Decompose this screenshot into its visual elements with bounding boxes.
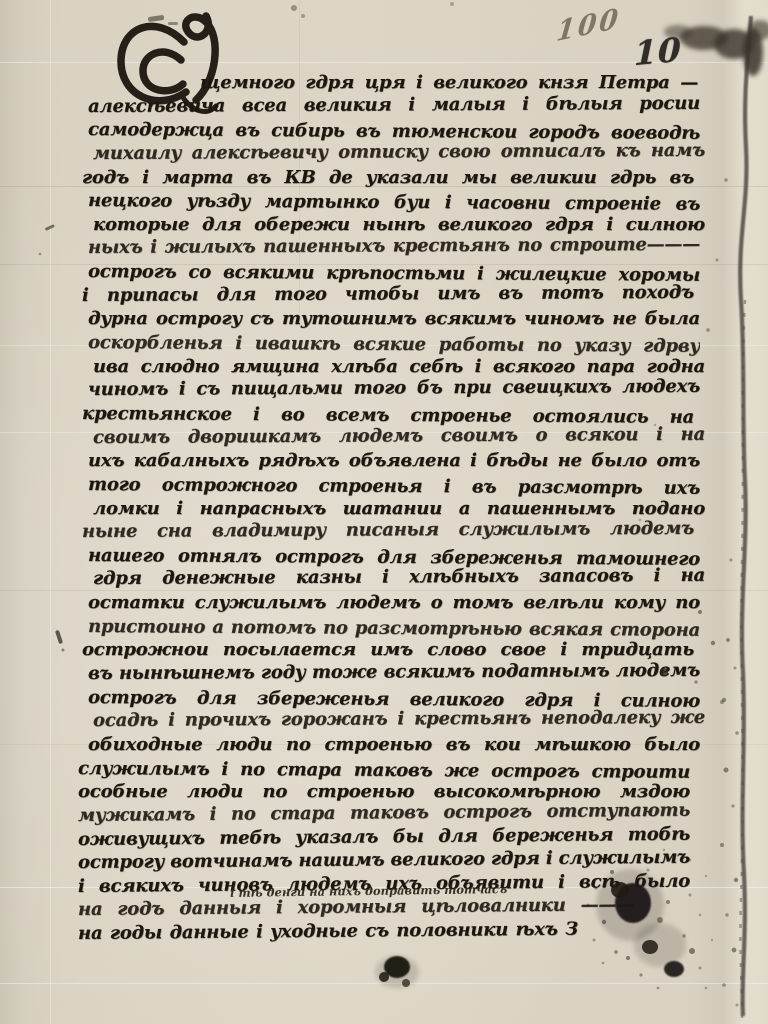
manuscript-line: осадѣ і прочихъ горожанъ і крестьянъ неп… bbox=[93, 707, 705, 734]
manuscript-line: гдря денежные казны і хлѣбныхъ запасовъ … bbox=[93, 565, 705, 592]
manuscript-line: своимъ дворишкамъ людемъ своимъ о всякои… bbox=[93, 423, 705, 450]
manuscript-line: обиходные люди по строенью въ кои мѣшкою… bbox=[88, 734, 700, 758]
manuscript-line: дурна острогу съ тутошнимъ всякимъ чином… bbox=[88, 308, 700, 332]
manuscript-line: ихъ кабалныхъ рядѣхъ объявлена і бѣды не… bbox=[88, 450, 700, 474]
ink-blotch-bottom-center bbox=[375, 956, 419, 988]
fold-crease bbox=[50, 0, 51, 1024]
manuscript-line: оскорбленья і ивашкѣ всякие работы по ук… bbox=[88, 332, 700, 359]
manuscript-line: пристоино а потомъ по разсмотрѣнью всяка… bbox=[88, 616, 700, 643]
manuscript-line: чиномъ і съ пищальми того бъ при свеицки… bbox=[88, 376, 700, 403]
manuscript-line: щемного гдря цря і великого кнзя Петра — bbox=[200, 72, 698, 96]
manuscript-line: і припасы для того чтобы имъ въ тотъ пох… bbox=[82, 282, 694, 309]
manuscript-line: нецкого уѣзду мартынко буи і часовни стр… bbox=[88, 190, 700, 217]
manuscript-line: того острожного строенья і въ разсмотрѣ … bbox=[88, 474, 700, 501]
photo-edge bbox=[740, 16, 751, 1018]
manuscript-line: алексѣевича всеа великия і малыя і бѣлыя… bbox=[88, 92, 700, 119]
folio-number-faint: 100 bbox=[555, 2, 622, 48]
manuscript-line: на годы данные і уходные съ половники ѣх… bbox=[78, 919, 578, 947]
manuscript-photo: 100 10 щемного гдря цря і великого кнзя … bbox=[0, 0, 768, 1024]
manuscript-line: михаилу алексѣевичу отписку свою отписал… bbox=[93, 140, 705, 167]
edge-marks-top bbox=[148, 2, 454, 25]
manuscript-line: остатки служилымъ людемъ о томъ велѣли к… bbox=[88, 592, 700, 616]
page-number-pencil: 10 bbox=[634, 30, 682, 73]
manuscript-line: годъ і марта въ КВ де указали мы великии… bbox=[82, 167, 694, 191]
manuscript-line: въ нынѣшнемъ году тоже всякимъ податнымъ… bbox=[88, 660, 700, 687]
manuscript-text-block: щемного гдря цря і великого кнзя Петра —… bbox=[88, 72, 705, 947]
manuscript-line: служилымъ і по стара таковъ же острогъ с… bbox=[78, 758, 690, 785]
manuscript-line: ныхъ і жилыхъ пашенныхъ крестьянъ по стр… bbox=[88, 234, 700, 261]
manuscript-line: ныне сна владимиру писаныя служилымъ люд… bbox=[82, 518, 694, 545]
fold-crease bbox=[0, 983, 768, 984]
